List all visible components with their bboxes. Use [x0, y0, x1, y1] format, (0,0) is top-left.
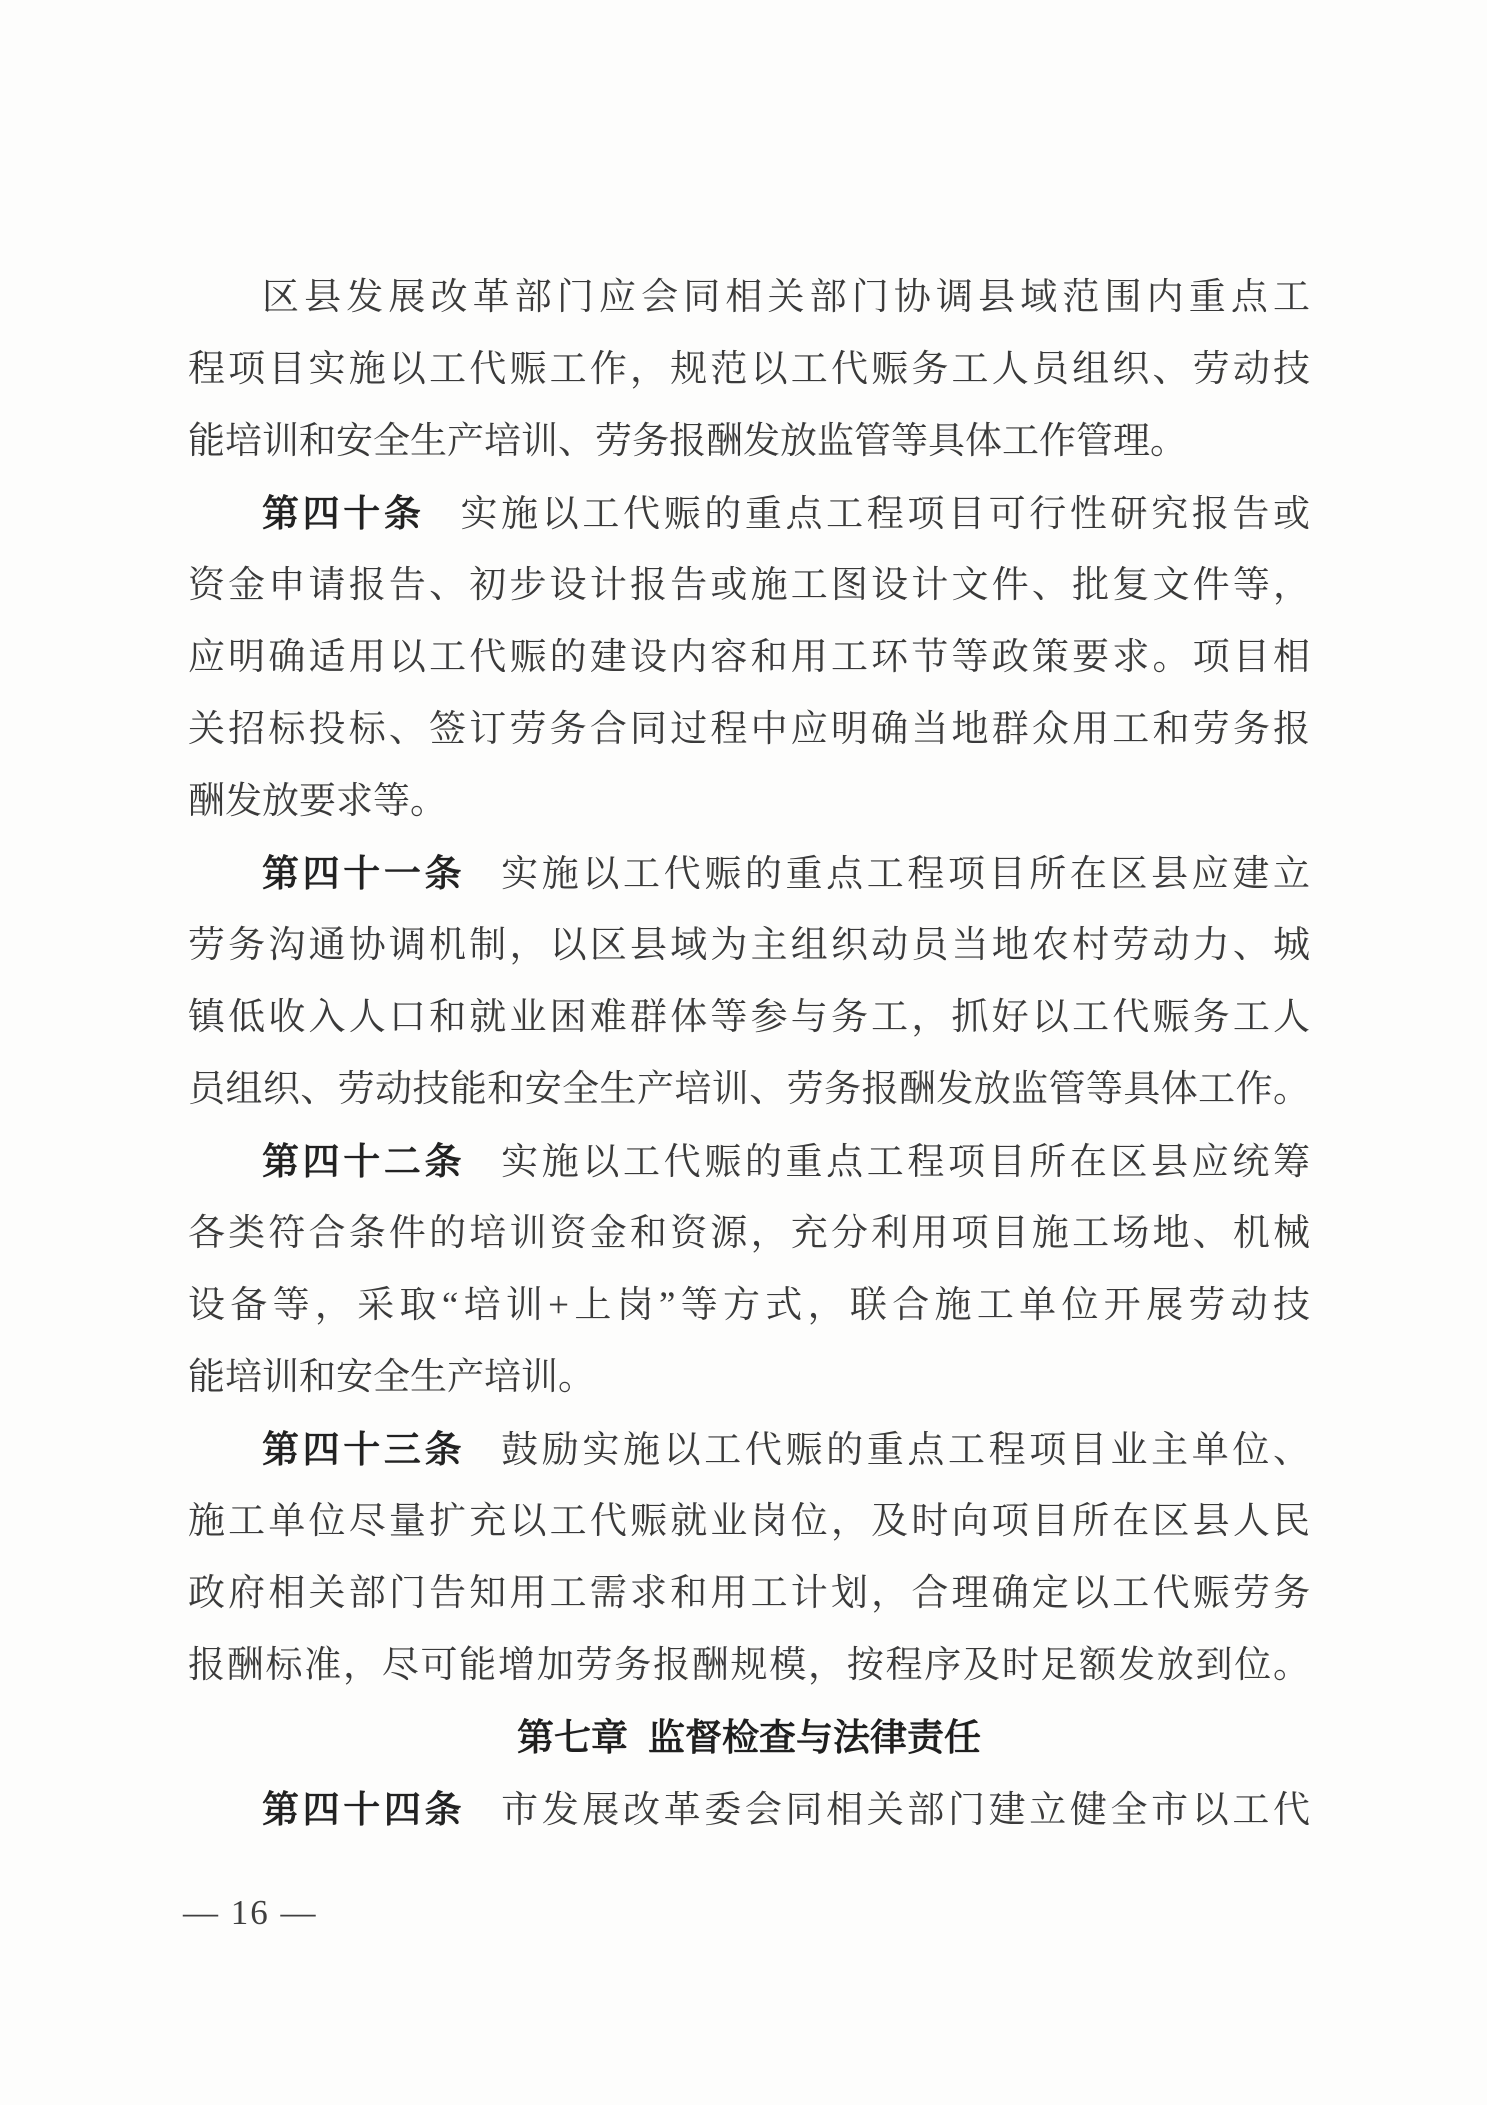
article-term: 第四十四条 [262, 1789, 465, 1830]
text-line: 政府相关部门告知用工需求和用工计划，合理确定以工代赈劳务 [188, 1558, 1310, 1630]
article-term: 第四十条 [262, 493, 425, 534]
text-line: 关招标投标、签订劳务合同过程中应明确当地群众用工和劳务报 [188, 694, 1310, 766]
body-text: 员组织、劳动技能和安全生产培训、劳务报酬发放监管等具体工作。 [188, 1069, 1310, 1110]
body-text: 设备等，采取“培训+上岗”等方式，联合施工单位开展劳动技 [188, 1285, 1310, 1326]
text-line: 劳务沟通协调机制，以区县域为主组织动员当地农村劳动力、城 [188, 910, 1310, 982]
body-text: 鼓励实施以工代赈的重点工程项目业主单位、 [501, 1430, 1310, 1471]
text-line: 能培训和安全生产培训。 [188, 1342, 1310, 1414]
body-text: 应明确适用以工代赈的建设内容和用工环节等政策要求。项目相 [188, 637, 1310, 678]
page-number: — 16 — [183, 1893, 318, 1933]
text-line: 酬发放要求等。 [188, 766, 1310, 838]
text-line: 各类符合条件的培训资金和资源，充分利用项目施工场地、机械 [188, 1198, 1310, 1270]
body-text: 实施以工代赈的重点工程项目所在区县应建立 [501, 854, 1310, 895]
body-text: 实施以工代赈的重点工程项目可行性研究报告或 [461, 494, 1311, 535]
chapter-number: 第七章 [517, 1717, 628, 1758]
body-text: 镇低收入人口和就业困难群体等参与务工，抓好以工代赈务工人 [188, 997, 1310, 1038]
body-text: 市发展改革委会同相关部门建立健全市以工代 [501, 1790, 1310, 1831]
body-text: 关招标投标、签订劳务合同过程中应明确当地群众用工和劳务报 [188, 709, 1310, 750]
body-text: 实施以工代赈的重点工程项目所在区县应统筹 [501, 1142, 1310, 1183]
body-text: 程项目实施以工代赈工作，规范以工代赈务工人员组织、劳动技 [188, 349, 1310, 390]
body-text: 各类符合条件的培训资金和资源，充分利用项目施工场地、机械 [188, 1213, 1310, 1254]
body-text: 区县发展改革部门应会同相关部门协调县域范围内重点工 [262, 277, 1310, 318]
text-line: 员组织、劳动技能和安全生产培训、劳务报酬发放监管等具体工作。 [188, 1054, 1310, 1126]
body-text: 政府相关部门告知用工需求和用工计划，合理确定以工代赈劳务 [188, 1573, 1310, 1614]
document-page: 区县发展改革部门应会同相关部门协调县域范围内重点工 程项目实施以工代赈工作，规范… [0, 0, 1487, 2105]
text-line: 设备等，采取“培训+上岗”等方式，联合施工单位开展劳动技 [188, 1270, 1310, 1342]
article-term: 第四十三条 [262, 1429, 465, 1470]
article-44-lead-line: 第四十四条市发展改革委会同相关部门建立健全市以工代 [188, 1774, 1310, 1846]
text-line: 报酬标准，尽可能增加劳务报酬规模，按程序及时足额发放到位。 [188, 1630, 1310, 1702]
body-text: 施工单位尽量扩充以工代赈就业岗位，及时向项目所在区县人民 [188, 1501, 1310, 1542]
body-text: 资金申请报告、初步设计报告或施工图设计文件、批复文件等， [188, 565, 1310, 606]
document-body: 区县发展改革部门应会同相关部门协调县域范围内重点工 程项目实施以工代赈工作，规范… [188, 262, 1310, 1846]
text-line: 程项目实施以工代赈工作，规范以工代赈务工人员组织、劳动技 [188, 334, 1310, 406]
text-line: 资金申请报告、初步设计报告或施工图设计文件、批复文件等， [188, 550, 1310, 622]
text-line: 区县发展改革部门应会同相关部门协调县域范围内重点工 [188, 262, 1310, 334]
article-43-lead-line: 第四十三条鼓励实施以工代赈的重点工程项目业主单位、 [188, 1414, 1310, 1486]
chapter-title: 监督检查与法律责任 [648, 1717, 981, 1758]
article-41-lead-line: 第四十一条实施以工代赈的重点工程项目所在区县应建立 [188, 838, 1310, 910]
body-text: 劳务沟通协调机制，以区县域为主组织动员当地农村劳动力、城 [188, 925, 1310, 966]
body-text: 能培训和安全生产培训。 [188, 1357, 595, 1398]
text-line: 应明确适用以工代赈的建设内容和用工环节等政策要求。项目相 [188, 622, 1310, 694]
text-line: 施工单位尽量扩充以工代赈就业岗位，及时向项目所在区县人民 [188, 1486, 1310, 1558]
text-line: 镇低收入人口和就业困难群体等参与务工，抓好以工代赈务工人 [188, 982, 1310, 1054]
chapter-heading: 第七章监督检查与法律责任 [188, 1702, 1310, 1774]
body-text: 报酬标准，尽可能增加劳务报酬规模，按程序及时足额发放到位。 [188, 1645, 1310, 1686]
body-text: 能培训和安全生产培训、劳务报酬发放监管等具体工作管理。 [188, 421, 1187, 462]
article-42-lead-line: 第四十二条实施以工代赈的重点工程项目所在区县应统筹 [188, 1126, 1310, 1198]
article-term: 第四十二条 [262, 1141, 465, 1182]
article-term: 第四十一条 [262, 853, 465, 894]
text-line: 能培训和安全生产培训、劳务报酬发放监管等具体工作管理。 [188, 406, 1310, 478]
body-text: 酬发放要求等。 [188, 781, 447, 822]
article-40-lead-line: 第四十条实施以工代赈的重点工程项目可行性研究报告或 [188, 478, 1310, 550]
